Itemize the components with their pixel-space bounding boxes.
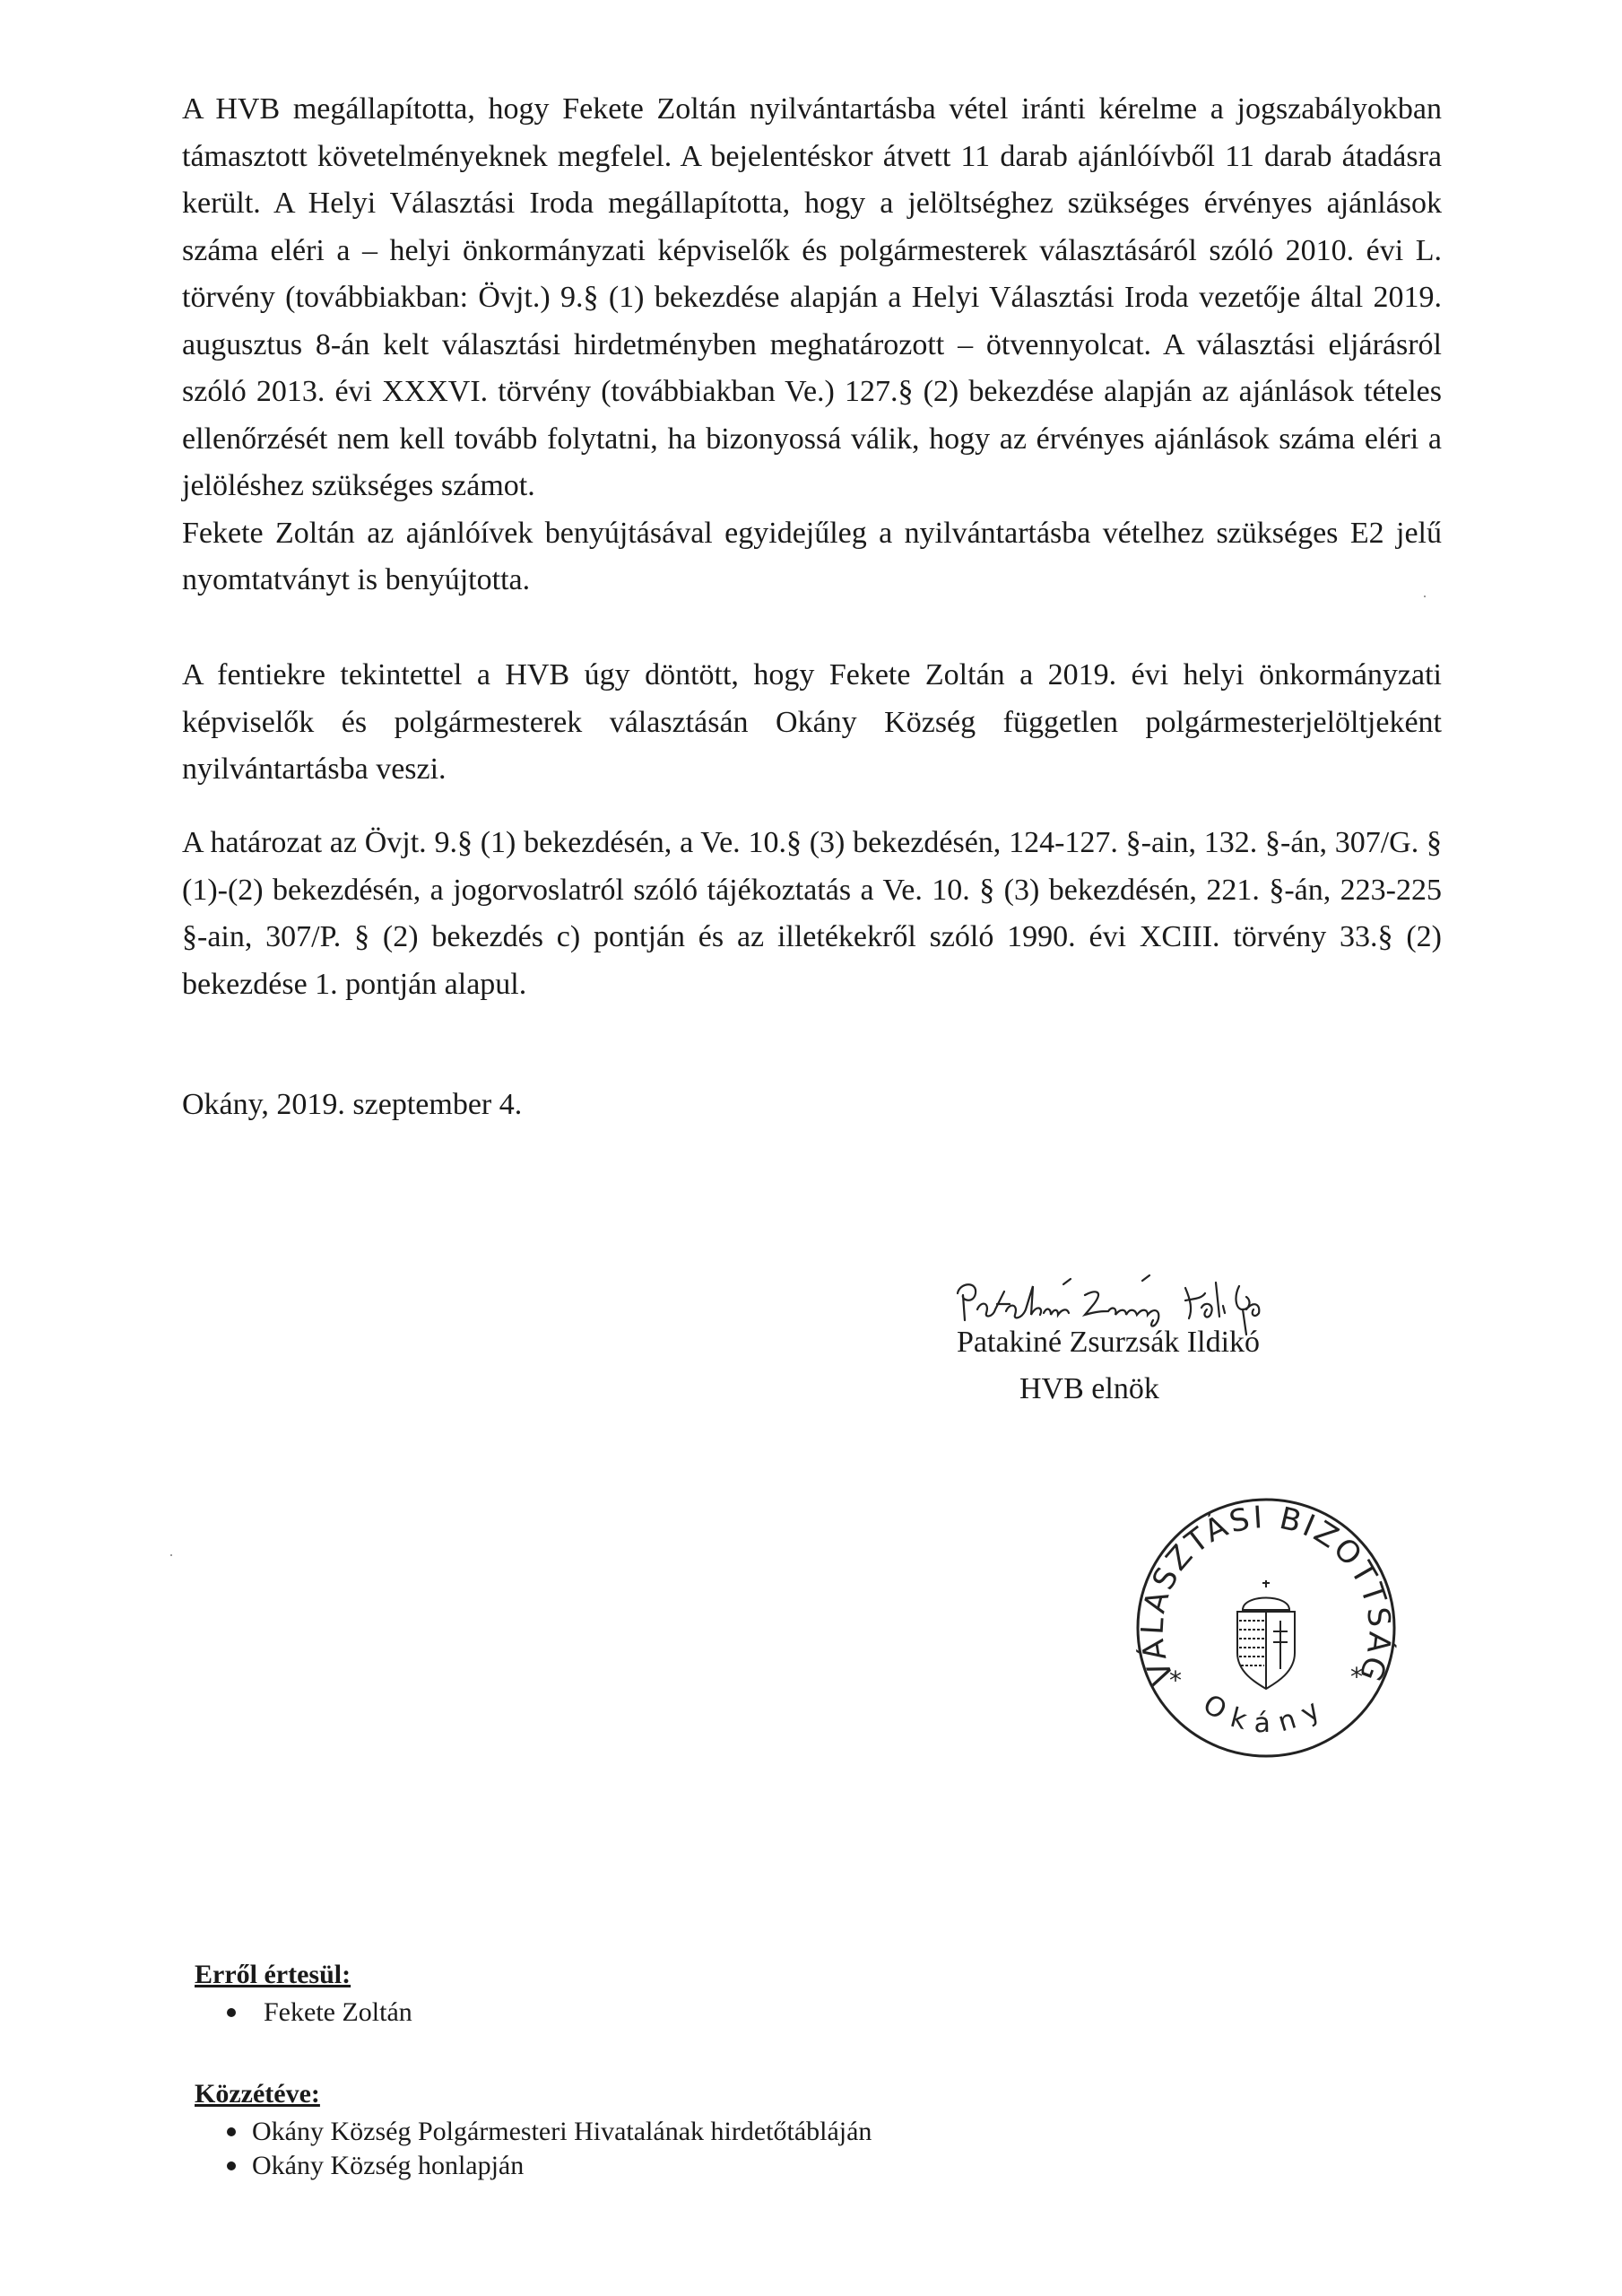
signer-title: HVB elnök: [1019, 1372, 1159, 1406]
paragraph-decision: A fentiekre tekintettel a HVB úgy döntöt…: [182, 652, 1442, 794]
notify-list: Fekete Zoltán: [195, 1996, 351, 2030]
paragraph-legal-basis: A határozat az Övjt. 9.§ (1) bekezdésén,…: [182, 820, 1442, 1008]
bullet-icon: [227, 2127, 236, 2136]
date-place-line: Okány, 2019. szeptember 4.: [182, 1088, 522, 1122]
published-section: Közzétéve: Okány Község Polgármesteri Hi…: [195, 2079, 320, 2183]
list-item: Fekete Zoltán: [195, 1996, 351, 2030]
stamp-bottom-text: Okány: [1197, 1689, 1334, 1740]
paragraph-findings-text: A HVB megállapította, hogy Fekete Zoltán…: [182, 92, 1442, 502]
official-stamp-icon: VÁLASZTÁSI BIZOTTSÁG Okány * *: [1132, 1493, 1401, 1762]
notify-heading: Erről értesül:: [195, 1960, 351, 1990]
published-item-text: Okány Község honlapján: [252, 2149, 524, 2183]
scan-speck: [170, 1554, 172, 1556]
published-heading: Közzétéve:: [195, 2079, 320, 2109]
stamp-star-right: *: [1350, 1662, 1363, 1692]
list-item: Okány Község honlapján: [195, 2149, 320, 2183]
published-item-text: Okány Község Polgármesteri Hivatalának h…: [252, 2115, 872, 2149]
published-list: Okány Község Polgármesteri Hivatalának h…: [195, 2115, 320, 2183]
bullet-icon: [227, 2008, 236, 2017]
notify-item-text: Fekete Zoltán: [264, 1996, 412, 2030]
list-item: Okány Község Polgármesteri Hivatalának h…: [195, 2115, 320, 2149]
bullet-icon: [227, 2161, 236, 2170]
svg-text:Okány: Okány: [1197, 1689, 1334, 1740]
stamp-star-left: *: [1169, 1665, 1182, 1695]
paragraph-findings: A HVB megállapította, hogy Fekete Zoltán…: [182, 86, 1442, 604]
signer-name: Patakiné Zsurzsák Ildikó: [957, 1326, 1260, 1360]
document-page: A HVB megállapította, hogy Fekete Zoltán…: [0, 0, 1622, 2296]
paragraph-form-submission: Fekete Zoltán az ajánlóívek benyújtásáva…: [182, 517, 1442, 597]
coat-of-arms-icon: [1237, 1580, 1295, 1689]
notify-section: Erről értesül: Fekete Zoltán: [195, 1960, 351, 2030]
scan-speck: [1424, 596, 1426, 597]
